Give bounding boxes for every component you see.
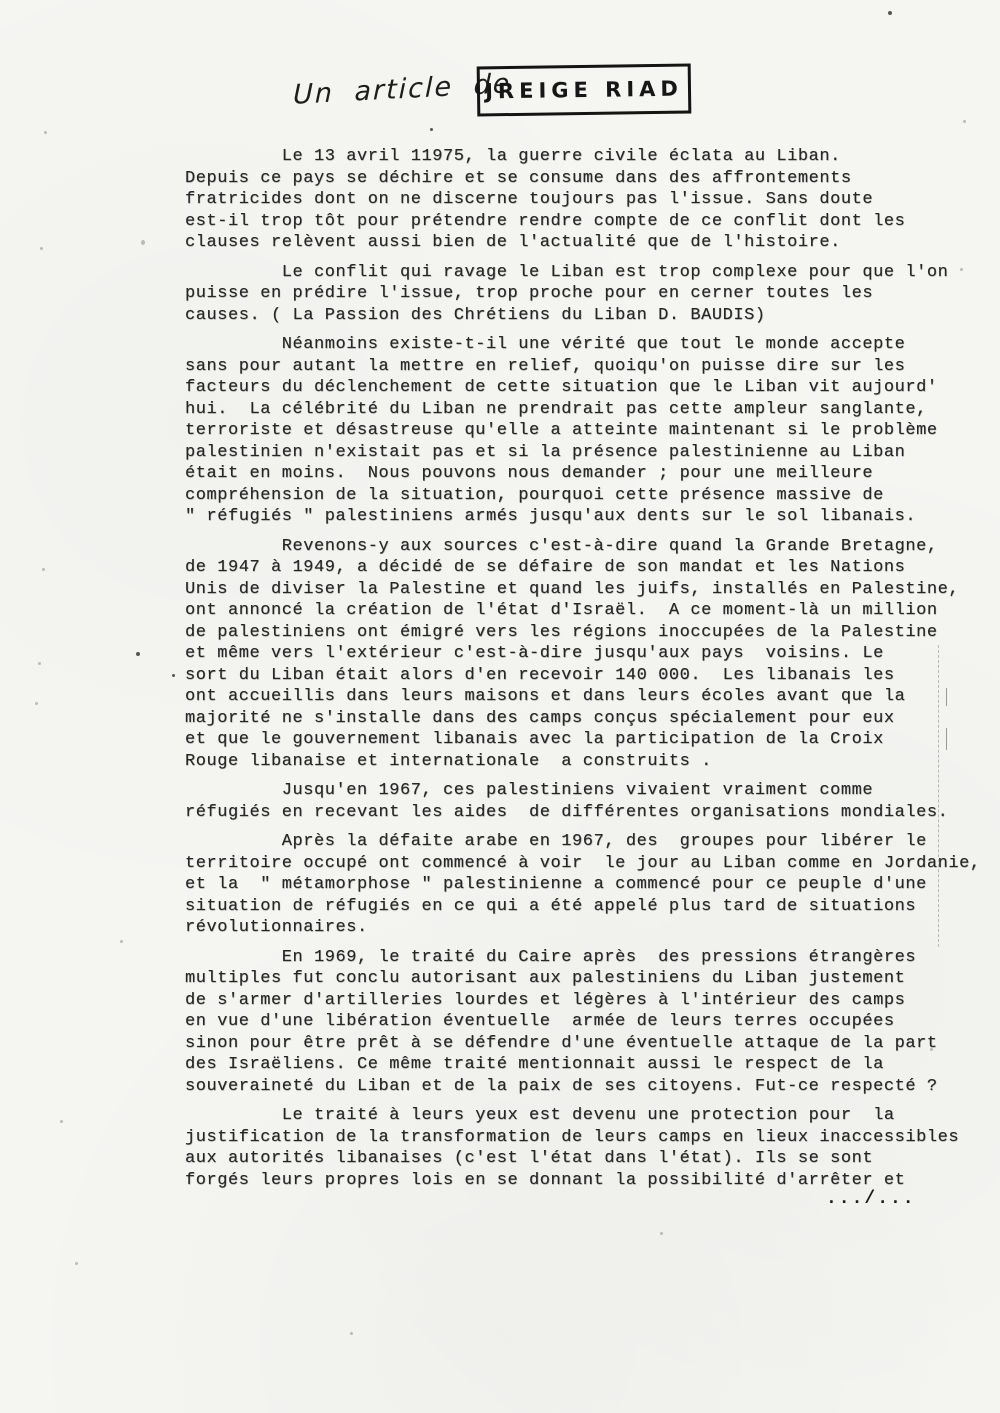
scan-speck bbox=[35, 702, 38, 705]
scan-speck bbox=[430, 128, 433, 131]
scan-tick bbox=[946, 688, 947, 706]
scan-speck bbox=[75, 1262, 78, 1265]
article-body: Le 13 avril 11975, la guerre civile écla… bbox=[185, 146, 995, 1199]
continuation-mark: .../... bbox=[826, 1189, 916, 1209]
paragraph-3: Néanmoins existe-t-il une vérité que tou… bbox=[185, 334, 995, 528]
paragraph-6: Après la défaite arabe en 1967, des grou… bbox=[185, 831, 995, 939]
scan-speck bbox=[960, 268, 963, 271]
scan-tick bbox=[946, 728, 947, 750]
scanned-page: Un article de JREIGE RIAD Le 13 avril 11… bbox=[0, 0, 1000, 1413]
paragraph-7: En 1969, le traité du Caire après des pr… bbox=[185, 947, 995, 1098]
scan-speck bbox=[888, 11, 892, 15]
paragraph-2: Le conflit qui ravage le Liban est trop … bbox=[185, 262, 995, 327]
author-name-box: JREIGE RIAD bbox=[477, 64, 692, 117]
scan-speck bbox=[40, 247, 43, 250]
scan-speck bbox=[136, 652, 140, 656]
scan-speck bbox=[350, 1332, 353, 1335]
scan-crease-line bbox=[938, 645, 939, 947]
author-name: JREIGE RIAD bbox=[485, 77, 683, 104]
paragraph-8: Le traité à leurs yeux est devenu une pr… bbox=[185, 1105, 995, 1191]
paragraph-1: Le 13 avril 11975, la guerre civile écla… bbox=[185, 146, 995, 254]
scan-speck bbox=[44, 131, 47, 134]
scan-speck bbox=[930, 1048, 933, 1051]
scan-speck bbox=[120, 940, 123, 943]
scan-speck bbox=[60, 1120, 63, 1123]
scan-speck bbox=[42, 568, 45, 571]
scan-speck bbox=[38, 662, 41, 665]
scan-speck bbox=[660, 1232, 663, 1235]
scan-speck bbox=[141, 240, 145, 245]
paragraph-4: Revenons-y aux sources c'est-à-dire quan… bbox=[185, 536, 995, 773]
scan-speck bbox=[172, 674, 175, 677]
paragraph-5: Jusqu'en 1967, ces palestiniens vivaient… bbox=[185, 780, 995, 823]
scan-speck bbox=[963, 120, 966, 123]
